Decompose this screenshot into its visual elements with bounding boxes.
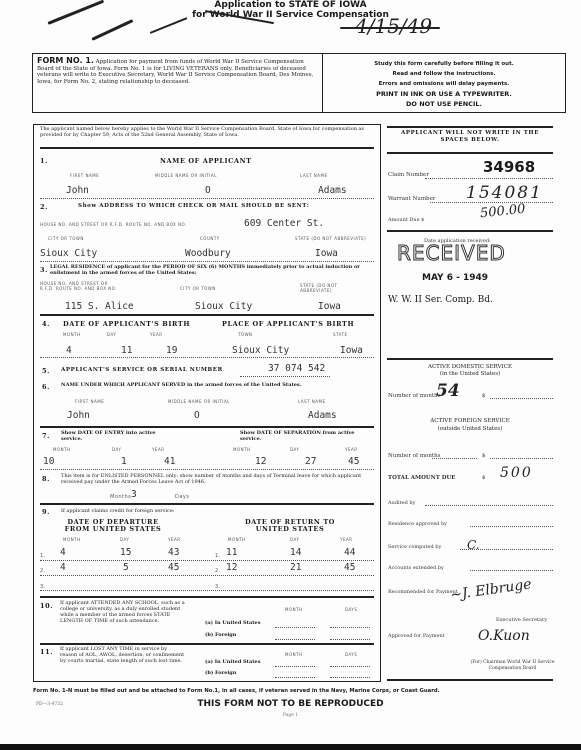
terminal-leave-text: This item is for ENLISTED PERSONNEL only… [61,474,373,485]
section-title: NAME UNDER WHICH APPLICANT SERVED in the… [61,383,371,389]
section-title: DATE OF APPLICANT'S BIRTH [63,320,190,328]
section-number: 8. [42,475,50,483]
row-number: 1. [215,553,221,559]
return-year-field[interactable]: 44 [344,547,355,558]
date-of-entry-label: Show DATE OF ENTRY into active service. [61,431,166,442]
last-name-label: LAST NAME [298,399,326,404]
domestic-dollar-sign: $ [482,393,486,399]
city-label: CITY OR TOWN [48,236,84,241]
year-label: YEAR [340,537,353,542]
section-title: APPLICANT'S SERVICE OR SERIAL NUMBER [61,367,223,373]
accounts-extended-label: Accounts extended by [388,565,444,571]
mailing-city-field[interactable]: Sioux City [40,248,97,259]
section-number: 9. [42,508,50,516]
birth-day-field[interactable]: 11 [121,345,132,356]
return-day-field[interactable]: 21 [290,562,301,573]
section-number: 6. [42,383,50,391]
chairman-label: (For) Chairman World War II Service Comp… [470,660,555,671]
month-label: MONTH [53,447,71,452]
section-number: 1. [40,157,48,165]
departure-title: DATE OF DEPARTURE FROM UNITED STATES [63,519,163,532]
warrant-number-label: Warrant Number [388,196,435,202]
school-text: If applicant ATTENDED ANY SCHOOL, such a… [60,600,185,624]
intro-divider [322,53,323,113]
amount-due-label: Amount Due $ [388,217,424,223]
row-number: 1. [40,553,46,559]
claim-number-value: 34968 [483,158,535,176]
first-name-label: FIRST NAME [70,173,99,178]
middle-name-label: MIDDLE NAME OR INITIAL [168,399,230,404]
stamp-board: W. W. II Ser. Comp. Bd. [388,295,493,305]
domestic-service-heading: ACTIVE DOMESTIC SERVICE (in the United S… [387,364,553,378]
last-name-field[interactable]: Adams [318,185,347,196]
domestic-months-label: Number of months [388,393,440,399]
month-label: MONTH [63,537,81,542]
first-name-label: FIRST NAME [75,399,104,404]
instruction-line: Study this form carefully before filling… [325,59,563,69]
form-no-label: FORM NO. 1. [37,56,94,65]
page-number: Page 1 [0,713,581,718]
day-label: DAY [120,537,129,542]
domestic-title: ACTIVE DOMESTIC SERVICE [387,364,553,371]
total-amount-label: TOTAL AMOUNT DUE [388,475,455,481]
section-title: NAME OF APPLICANT [160,157,252,165]
foreign-subtitle: (outside United States) [387,425,553,433]
served-middle-name-field[interactable]: O [194,410,200,421]
year-label: YEAR [150,332,163,337]
served-first-name-field[interactable]: John [67,410,90,421]
domestic-months-value: 54 [436,381,460,401]
section-number: 10. [40,602,53,610]
mailing-county-field[interactable]: Woodbury [185,248,231,259]
month-label: MONTH [285,652,303,657]
section-number: 4. [42,320,50,328]
row-number: 2. [40,568,46,574]
departure-month-field[interactable]: 4 [60,562,66,573]
year-label: YEAR [152,447,165,452]
form-subtitle: for World War II Service Compensation [0,10,581,20]
foreign-title: ACTIVE FOREIGN SERVICE [387,417,553,425]
service-computed-label: Service computed by [388,544,441,550]
last-name-label: LAST NAME [300,173,328,178]
return-title: DATE OF RETURN TO UNITED STATES [240,519,340,532]
entry-month-field[interactable]: 10 [43,456,54,467]
month-label: MONTH [233,447,251,452]
separation-month-field[interactable]: 12 [255,456,266,467]
entry-day-field[interactable]: 1 [121,456,127,467]
birth-state-field[interactable]: Iowa [340,345,363,356]
section-number: 3. [40,266,48,274]
strike-mark [91,19,133,41]
departure-day-field[interactable]: 5 [123,562,129,573]
city-label: CITY OR TOWN [180,286,216,291]
county-label: COUNTY [200,236,220,241]
served-last-name-field[interactable]: Adams [308,410,337,421]
school-us-label: (a) In United States [205,620,261,627]
instruction-line: PRINT IN INK OR USE A TYPEWRITER. [325,89,563,99]
state-label: STATE [333,332,348,337]
audited-by-label: Audited by [388,500,415,506]
section-number: 7. [42,432,50,440]
departure-year-field[interactable]: 45 [168,562,179,573]
town-label: TOWN [238,332,253,337]
year-label: YEAR [345,447,358,452]
mailing-state-field[interactable]: Iowa [315,248,338,259]
departure-month-field[interactable]: 4 [60,547,66,558]
school-foreign-label: (b) Foreign [205,632,236,639]
serial-number-field[interactable]: 37 074 542 [268,363,325,374]
days-label: DAYS [345,607,357,612]
page-bottom-edge [0,744,581,750]
separation-year-field[interactable]: 45 [348,456,359,467]
year-label: YEAR [168,537,181,542]
return-day-field[interactable]: 14 [290,547,301,558]
middle-name-label: MIDDLE NAME OR INITIAL [155,173,217,178]
middle-name-field[interactable]: O [205,185,211,196]
section-number: 11. [40,648,53,656]
residence-street-field[interactable]: 115 S. Alice [65,301,134,312]
return-month-field[interactable]: 11 [226,547,237,558]
day-label: DAY [107,332,116,337]
day-label: DAY [112,447,121,452]
birth-year-field[interactable]: 19 [166,345,177,356]
total-dollar-sign: $ [482,475,486,481]
terminal-leave-months-field[interactable]: 3 [131,489,137,500]
section-title: LEGAL RESIDENCE of applicant for the PER… [50,265,372,276]
section-title: Show ADDRESS TO WHICH CHECK OR MAIL SHOU… [78,203,309,209]
mailing-street-field[interactable]: 609 Center St. [244,218,324,229]
row-number: 2. [215,568,221,574]
claim-number-label: Claim Number [388,172,429,178]
handwritten-date: 4/15/49 [355,14,432,38]
stamp-date: MAY 6 - 1949 [422,273,488,283]
residence-approved-label: Residence approved by [388,521,447,527]
received-stamp: RECEIVED [397,241,506,265]
entry-year-field[interactable]: 41 [164,456,175,467]
section-number: 2. [40,203,48,211]
months-label: Months [110,494,131,500]
instruction-line: Read and follow the instructions. [325,69,563,79]
chairman-signature: O.Kuon [478,628,530,644]
instruction-line: Errors and omissions will delay payments… [325,79,563,89]
state-label: STATE (DO NOT ABBREVIATE) [295,236,366,241]
form-no-paragraph: FORM NO. 1. Application for payment from… [37,58,317,85]
separation-day-field[interactable]: 27 [305,456,316,467]
amount-due-value: 500.00 [479,202,526,222]
departure-day-field[interactable]: 15 [120,547,131,558]
executive-secretary-signature: ~J. Elbruge [449,576,532,603]
preamble: The applicant named below hereby applies… [40,127,374,138]
foreign-service-heading: ACTIVE FOREIGN SERVICE (outside United S… [387,417,553,433]
birth-town-field[interactable]: Sioux City [232,345,289,356]
executive-secretary-label: Executive Secretary [496,617,547,623]
approved-for-payment-label: Approved for Payment [388,633,445,639]
instructions: Study this form carefully before filling… [325,59,563,109]
navy-form-note: Form No. 1-N must be filled out and be a… [33,688,563,694]
month-label: MONTH [285,607,303,612]
days-label: DAYS [345,652,357,657]
day-label: DAY [290,447,299,452]
return-year-field[interactable]: 45 [344,562,355,573]
foreign-service-text: If applicant claims credit for foreign s… [61,508,174,515]
do-not-reproduce-warning: THIS FORM NOT TO BE REPRODUCED [0,699,581,709]
state-label: STATE (DO NOT ABBREVIATE) [300,283,360,293]
office-use-heading: APPLICANT WILL NOT WRITE IN THE SPACES B… [387,130,553,144]
departure-year-field[interactable]: 43 [168,547,179,558]
first-name-field[interactable]: John [66,185,89,196]
day-label: DAY [290,537,299,542]
lost-us-label: (a) In United States [205,659,261,666]
warrant-number-value: 154081 [466,183,543,203]
total-amount-value: 500 [500,465,533,481]
lost-foreign-label: (b) Foreign [205,670,236,677]
domestic-subtitle: (in the United States) [387,371,553,378]
section-number: 5. [42,367,50,375]
date-of-separation-label: Show DATE OF SEPARATION from active serv… [240,431,370,442]
days-label: Days [175,494,189,500]
instruction-line: DO NOT USE PENCIL. [325,99,563,109]
return-month-field[interactable]: 12 [226,562,237,573]
month-label: MONTH [63,332,81,337]
month-label: MONTH [228,537,246,542]
street-label: HOUSE NO. AND STREET OR R.F.D. ROUTE NO.… [40,222,187,227]
street-label: HOUSE NO. AND STREET OR R.F.D. ROUTE NO.… [40,281,120,291]
section-title: PLACE OF APPLICANT'S BIRTH [222,320,354,328]
residence-state-field[interactable]: Iowa [318,301,341,312]
birth-month-field[interactable]: 4 [66,345,72,356]
foreign-dollar-sign: $ [482,453,486,459]
lost-time-text: If applicant LOST ANY TIME in service by… [60,646,185,664]
recommended-label: Recommended for Payment [388,589,458,595]
form-code: PD—3-4732 [36,702,63,707]
residence-city-field[interactable]: Sioux City [195,301,252,312]
